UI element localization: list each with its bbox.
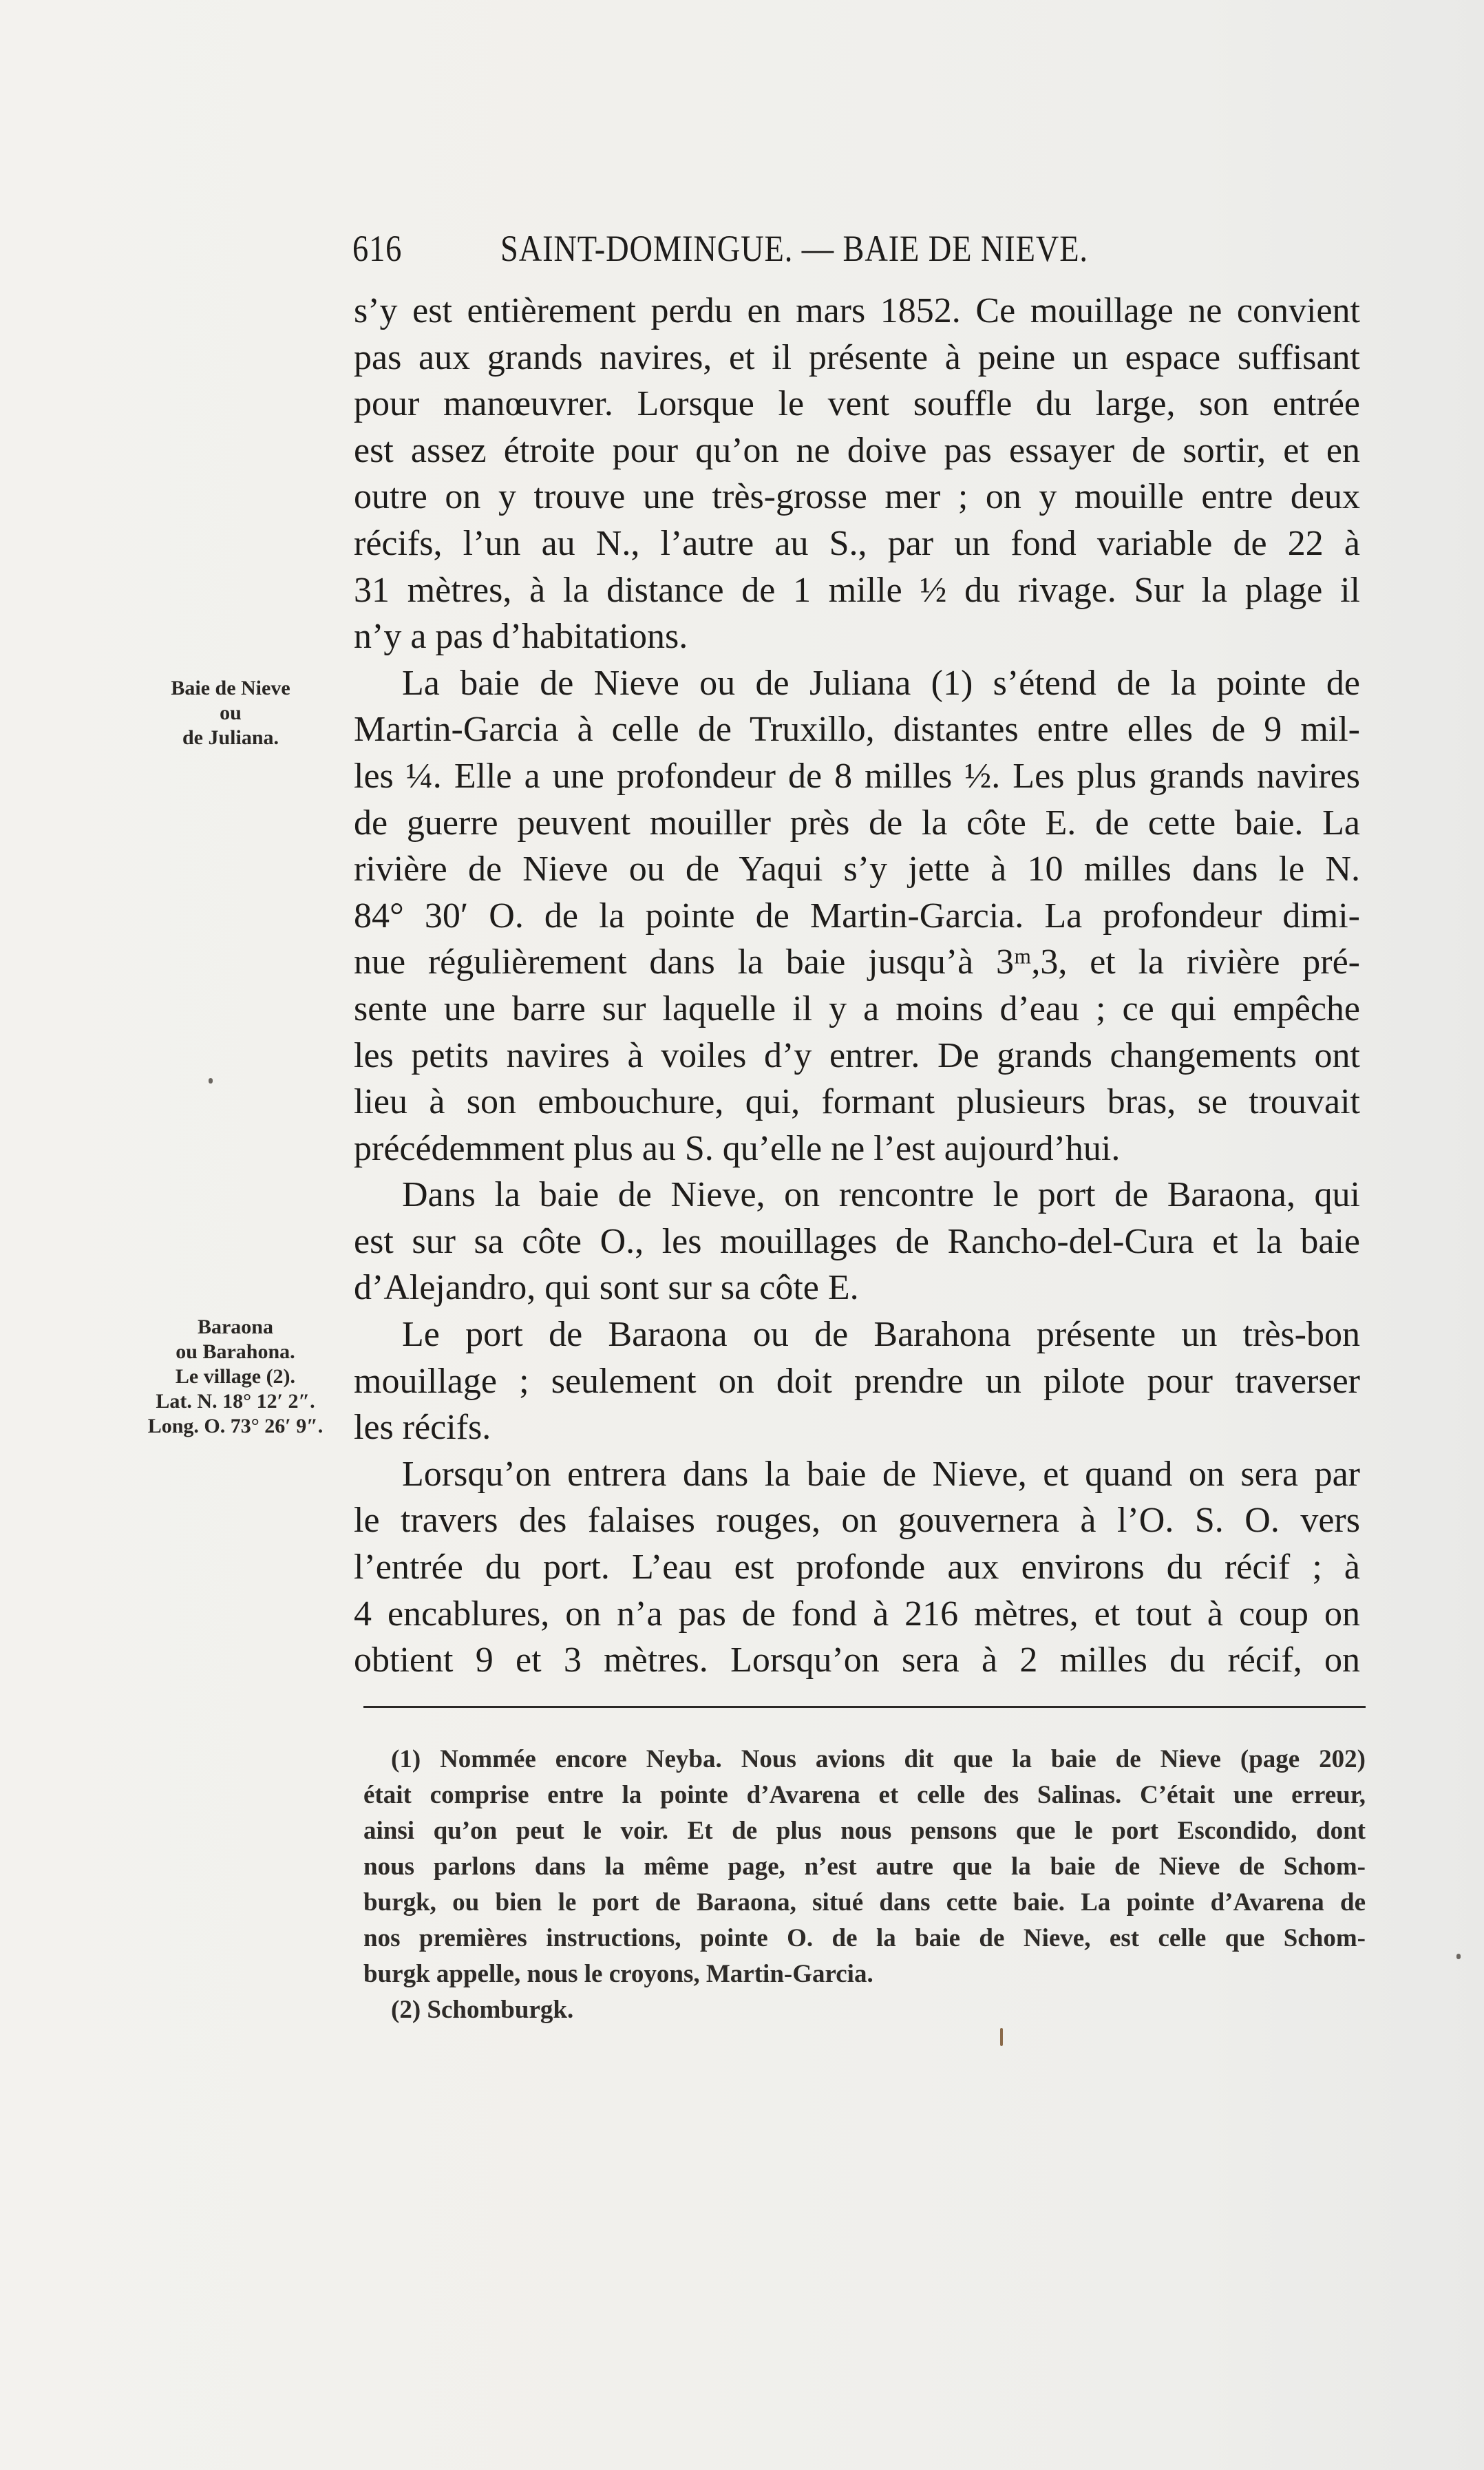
body-line: précédemment plus au S. qu’elle ne l’est… (354, 1126, 1360, 1172)
body-line: récifs, l’un au N., l’autre au S., par u… (354, 520, 1360, 567)
running-head-title: SAINT-DOMINGUE. — BAIE DE NIEVE. (500, 228, 1088, 269)
margin-note-line: Baie de Nieve (145, 676, 317, 701)
footnote-line: nos premières instructions, pointe O. de… (363, 1921, 1366, 1956)
page-number: 616 (352, 227, 500, 270)
body-line: Dans la baie de Nieve, on rencontre le p… (354, 1172, 1360, 1218)
body-line: pour manœuvrer. Lorsque le vent souffle … (354, 381, 1360, 427)
footnote-line: (1) Nommée encore Neyba. Nous avions dit… (363, 1742, 1366, 1777)
margin-note-line: de Juliana. (145, 726, 317, 750)
body-line: mouillage ; seulement on doit prendre un… (354, 1358, 1360, 1405)
body-line: lieu à son embouchure, qui, formant plus… (354, 1079, 1360, 1126)
body-line: est sur sa côte O., les mouillages de Ra… (354, 1218, 1360, 1265)
footnote-line: burgk appelle, nous le croyons, Martin-G… (363, 1956, 1366, 1992)
margin-note-baie-de-nieve: Baie de Nieve ou de Juliana. (145, 676, 317, 750)
footnote-line: ainsi qu’on peut le voir. Et de plus nou… (363, 1813, 1366, 1849)
footnote-line: burgk, ou bien le port de Baraona, situé… (363, 1885, 1366, 1921)
body-line: Lorsqu’on entrera dans la baie de Nieve,… (354, 1451, 1360, 1498)
footnote-line: était comprise entre la pointe d’Avarena… (363, 1777, 1366, 1813)
body-line: 31 mètres, à la distance de 1 mille ½ du… (354, 567, 1360, 614)
margin-note-line: Lat. N. 18° 12′ 2″. (132, 1389, 339, 1414)
body-line: 84° 30′ O. de la pointe de Martin-Garcia… (354, 893, 1360, 940)
margin-note-baraona: Baraona ou Barahona. Le village (2). Lat… (132, 1315, 339, 1439)
footnote-divider (363, 1706, 1366, 1708)
footnote-line: (2) Schomburgk. (363, 1992, 1366, 2028)
margin-note-line: Long. O. 73° 26′ 9″. (132, 1414, 339, 1439)
body-line: outre on y trouve une très-grosse mer ; … (354, 474, 1360, 520)
body-line: La baie de Nieve ou de Juliana (1) s’éte… (354, 660, 1360, 707)
margin-note-line: Baraona (132, 1315, 339, 1340)
margin-note-line: Le village (2). (132, 1364, 339, 1389)
body-text: s’y est entièrement perdu en mars 1852. … (354, 288, 1360, 1684)
body-line: pas aux grands navires, et il présente à… (354, 335, 1360, 381)
body-line: rivière de Nieve ou de Yaqui s’y jette à… (354, 846, 1360, 893)
body-line: s’y est entièrement perdu en mars 1852. … (354, 288, 1360, 335)
margin-note-line: ou (145, 701, 317, 726)
body-line: les ¼. Elle a une profondeur de 8 milles… (354, 753, 1360, 800)
body-line: le travers des falaises rouges, on gouve… (354, 1497, 1360, 1544)
margin-note-line: ou Barahona. (132, 1340, 339, 1364)
scan-speck (209, 1078, 213, 1084)
body-line: sente une barre sur laquelle il y a moin… (354, 986, 1360, 1033)
body-line: 4 encablures, on n’a pas de fond à 216 m… (354, 1591, 1360, 1638)
footnote-line: nous parlons dans la même page, n’est au… (363, 1849, 1366, 1885)
body-line: l’entrée du port. L’eau est profonde aux… (354, 1544, 1360, 1591)
body-line: les récifs. (354, 1404, 1360, 1451)
body-line: n’y a pas d’habitations. (354, 613, 1360, 660)
body-line: les petits navires à voiles d’y entrer. … (354, 1033, 1360, 1079)
body-line: Martin-Garcia à celle de Truxillo, dista… (354, 706, 1360, 753)
scan-speck (1000, 2028, 1003, 2046)
body-line: nue régulièrement dans la baie jusqu’à 3… (354, 939, 1360, 986)
footnotes: (1) Nommée encore Neyba. Nous avions dit… (363, 1742, 1366, 2028)
body-line: d’Alejandro, qui sont sur sa côte E. (354, 1265, 1360, 1311)
body-line: Le port de Baraona ou de Barahona présen… (354, 1311, 1360, 1358)
scan-speck (1456, 1954, 1461, 1959)
body-line: est assez étroite pour qu’on ne doive pa… (354, 427, 1360, 474)
body-line: obtient 9 et 3 mètres. Lorsqu’on sera à … (354, 1637, 1360, 1684)
body-line: de guerre peuvent mouiller près de la cô… (354, 800, 1360, 847)
running-head: 616SAINT-DOMINGUE. — BAIE DE NIEVE. (352, 227, 1229, 270)
